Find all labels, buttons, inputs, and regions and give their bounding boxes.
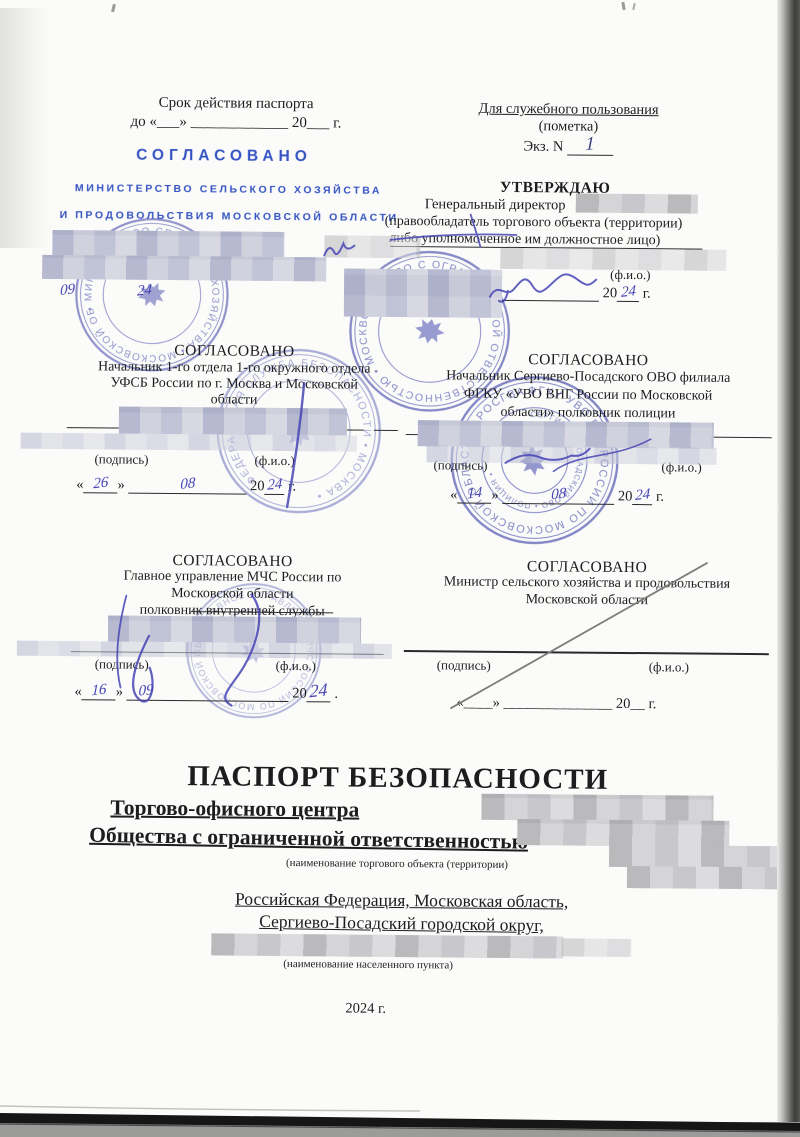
scanned-document-page: • МИНИСТЕРСТВО СЕЛЬСКОГО ХОЗЯЙСТВА • МОС… [0,0,800,1137]
bottom-page-edge [0,0,800,1137]
